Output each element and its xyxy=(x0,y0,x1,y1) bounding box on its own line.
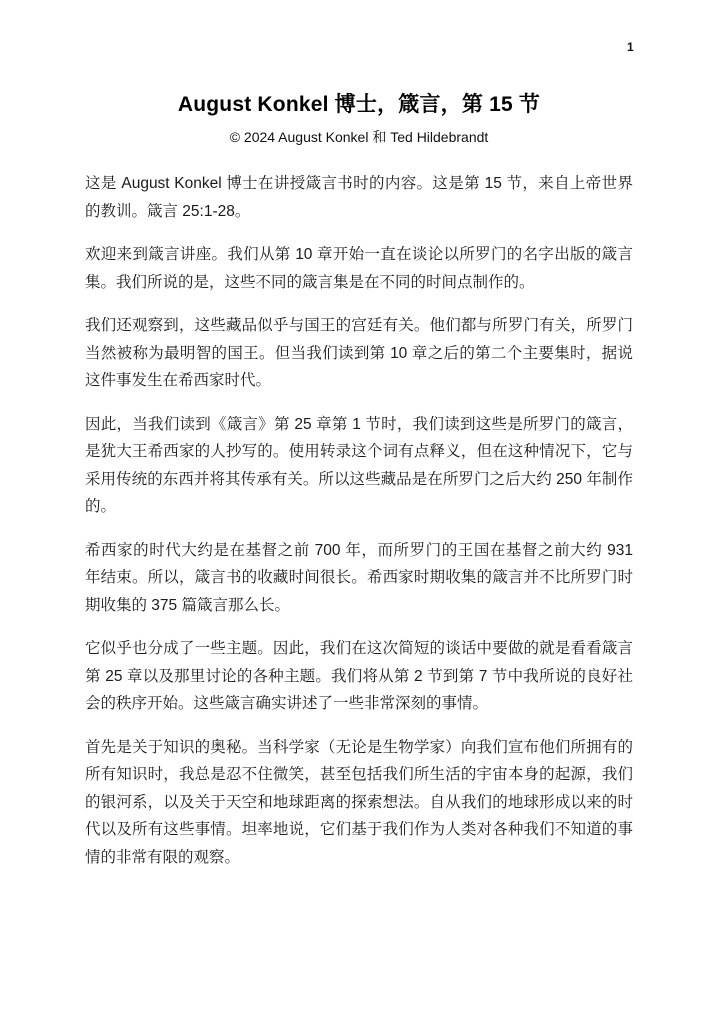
paragraph-1: 这是 August Konkel 博士在讲授箴言书时的内容。这是第 15 节，来… xyxy=(85,170,633,225)
paragraph-6: 它似乎也分成了一些主题。因此，我们在这次简短的谈话中要做的就是看看箴言第 25 … xyxy=(85,635,633,718)
copyright-line: © 2024 August Konkel 和 Ted Hildebrandt xyxy=(85,127,633,147)
document-content: August Konkel 博士，箴言，第 15 节 © 2024 August… xyxy=(85,0,633,887)
paragraph-5: 希西家的时代大约是在基督之前 700 年，而所罗门的王国在基督之前大约 931 … xyxy=(85,537,633,620)
document-title: August Konkel 博士，箴言，第 15 节 xyxy=(85,92,633,118)
paragraph-2: 欢迎来到箴言讲座。我们从第 10 章开始一直在谈论以所罗门的名字出版的箴言集。我… xyxy=(85,241,633,296)
body-text: 这是 August Konkel 博士在讲授箴言书时的内容。这是第 15 节，来… xyxy=(85,170,633,871)
paragraph-4: 因此，当我们读到《箴言》第 25 章第 1 节时，我们读到这些是所罗门的箴言，是… xyxy=(85,411,633,521)
paragraph-7: 首先是关于知识的奥秘。当科学家（无论是生物学家）向我们宣布他们所拥有的所有知识时… xyxy=(85,734,633,872)
document-page: 1 August Konkel 博士，箴言，第 15 节 © 2024 Augu… xyxy=(0,0,724,1024)
paragraph-3: 我们还观察到，这些藏品似乎与国王的宫廷有关。他们都与所罗门有关，所罗门当然被称为… xyxy=(85,312,633,395)
